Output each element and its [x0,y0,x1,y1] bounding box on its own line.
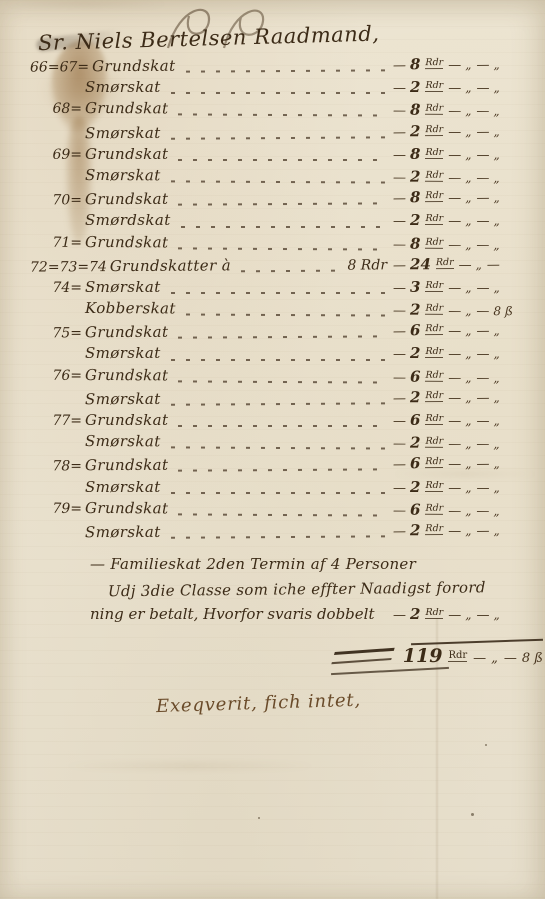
ditto-mark: „ [465,81,471,95]
leader-dash: — [393,58,405,73]
currency-unit: Rdr [425,369,443,381]
amount-value: 6 [410,367,421,385]
leader-dash: — [476,481,488,496]
dotted-leader [171,447,385,450]
ledger-row: 69= Grundskat — 8 Rdr — „ — „ [30,145,545,167]
skilling-value: „ [493,81,499,95]
leader-dash: — [393,370,405,385]
leader-dash: — [448,608,460,623]
row-tax-label: Grundskat [85,456,169,475]
dotted-leader [171,492,385,494]
row-year: 76= [30,367,82,383]
dotted-leader [186,314,385,317]
ditto-mark: „ [465,214,471,228]
leader-dash: — [476,304,488,319]
row-tax-label: Grundskat [85,232,169,250]
ditto-mark: „ [465,504,471,518]
skilling-value: „ [493,191,499,205]
currency-unit: Rdr [448,650,467,662]
row-amount: — 6 Rdr — „ — „ [393,367,545,386]
ledger-rows: 66=67= Grundskat — 8 Rdr — „ — „ Smørska… [30,56,545,544]
total-value: 119 [403,645,443,667]
ledger-row: 72=73=74 Grundskatter à 8 Rdr — 24 Rdr —… [30,254,545,279]
row-tax-label: Smørskat [85,523,161,541]
leader-dash: — [448,148,460,163]
leader-dash: — [393,391,405,406]
row-tax-label: Grundskat [85,145,168,163]
ledger-row: 78= Grundskat — 6 Rdr — „ — „ [30,454,545,479]
currency-unit: Rdr [425,523,443,535]
skilling-value: „ [493,414,499,428]
currency-unit: Rdr [425,323,443,335]
leader-dash: — [393,347,405,362]
row-amount: — 2 Rdr — „ — „ [393,121,545,140]
skilling-value: „ [493,457,499,471]
leader-dash: — [448,214,460,229]
leader-dash: — [448,304,460,319]
ditto-mark: „ [465,281,471,295]
leader-dash: — [448,125,460,140]
amount-value: 24 [410,255,431,273]
leader-dash: — [448,324,460,339]
amount-value: 8 [410,234,421,252]
row-tax-label: Grundskatter à [110,256,231,275]
ditto-mark: „ [465,457,471,471]
leader-dash: — [476,124,488,139]
leader-dash: — [476,524,488,539]
dotted-leader [178,513,385,516]
paper-speck [471,813,474,816]
row-tax-label: Grundskat [85,323,169,342]
currency-unit: Rdr [425,436,443,448]
amount-value: 2 [410,478,420,496]
currency-unit: Rdr [425,456,443,468]
amount-value: 2 [410,605,420,623]
dotted-leader [178,336,385,339]
paper-speck [485,744,487,746]
dotted-leader [178,247,385,250]
row-tax-label: Grundskat [85,366,169,384]
skilling-value: „ [493,524,499,538]
currency-unit: Rdr [425,502,443,514]
ditto-mark: „ [465,304,471,318]
leader-dash: — [393,81,405,96]
row-year: 69= [30,147,82,163]
row-amount: — 6 Rdr — „ — „ [393,454,545,473]
amount-value: 2 [410,344,420,362]
leader-dash: — [473,651,485,666]
leader-dash: — [476,371,488,386]
row-tax-label: Smørskat [85,390,161,408]
ditto-mark: „ [465,124,471,138]
leader-dash: — [476,104,488,119]
row-tax-label: Grundskat [85,190,169,209]
amount-value: 8 [410,188,421,206]
row-tax-label: Grundskat [85,411,168,429]
ledger-row: Smørskat — 2 Rdr — „ — „ [30,520,545,545]
skilling-value: „ [493,324,499,338]
leader-dash: — [448,104,460,119]
row-amount: — 2 Rdr — „ — „ [393,387,545,406]
leader-dash: — [393,608,405,623]
amount-value: 6 [410,500,421,518]
ditto-mark: „ [465,104,471,118]
ledger-row: Smørdskat — 2 Rdr — „ — „ [30,211,545,233]
leader-dash: — [476,191,488,206]
ditto-mark: „ [465,171,471,185]
leader-dash: — [448,457,460,472]
row-amount: — 2 Rdr — „ — „ [393,211,545,229]
row-year: 66=67= [30,59,89,75]
dotted-leader [171,536,385,539]
row-year: 71= [30,234,82,250]
amount-value: 6 [410,411,420,429]
leader-dash: — [393,325,405,340]
row-amount: — 2 Rdr — „ — „ [393,434,545,453]
currency-unit: Rdr [425,390,443,402]
leader-dash: — [448,481,460,496]
leader-dash: — [448,58,460,73]
skilling-value: „ [493,238,499,252]
ledger-row: 79= Grundskat — 6 Rdr — „ — „ [30,498,545,523]
summary-amount: — 2 Rdr — „ — „ [393,605,545,623]
row-amount: — 6 Rdr — „ — „ [393,500,545,519]
ditto-mark: „ [465,391,471,405]
page-content: Sr. Niels Bertelsen Raadmand, 66=67= Gru… [30,22,545,711]
dotted-leader [171,92,385,94]
dotted-leader [181,226,385,228]
leader-dash: — [393,481,405,496]
row-year: 68= [30,101,82,117]
amount-value: 6 [410,455,421,473]
row-rate: 8 Rdr [347,257,387,273]
ledger-row: 77= Grundskat — 6 Rdr — „ — „ [30,411,545,433]
ledger-row: Smørskat — 2 Rdr — „ — „ [30,166,545,191]
skilling-value: „ [493,437,499,451]
row-tax-label: Grundskat [92,57,176,76]
ditto-mark: „ [465,608,471,622]
ditto-mark: „ [465,481,471,495]
row-year: 72=73=74 [30,259,107,275]
currency-unit: Rdr [425,190,443,202]
leader-dash: — [476,457,488,472]
skilling-value: 8 ß [493,304,513,318]
row-amount: — 2 Rdr — „ — „ [393,167,545,186]
row-tax-label: Smørskat [85,344,161,362]
amount-value: 8 [410,55,421,73]
row-amount: — 8 Rdr — „ — „ [393,54,545,73]
leader-dash: — [476,58,488,73]
amount-value: 8 [410,145,420,163]
row-tax-label: Smørskat [85,78,161,96]
total-block: 119 Rdr — „ — 8 ß [30,641,545,672]
leader-dash: — [448,414,460,429]
total-row: 119 Rdr — „ — 8 ß [30,645,545,667]
ditto-mark: „ [465,58,471,72]
skilling-value: „ [493,214,499,228]
ledger-row: 75= Grundskat — 6 Rdr — „ — „ [30,321,545,346]
row-amount: — 24 Rdr — „ — [393,254,545,273]
leader-dash: — [448,391,460,406]
leader-dash: — [504,651,516,666]
ditto-mark: „ [465,414,471,428]
skilling-value: „ [493,124,499,138]
leader-dash: — [459,258,471,273]
row-year: 77= [30,413,82,429]
row-tax-label: Grundskat [85,499,169,517]
row-amount: — 6 Rdr — „ — „ [393,411,545,429]
row-amount: — 2 Rdr — „ — „ [393,478,545,496]
dotted-leader [241,270,339,273]
dotted-leader [178,114,385,117]
amount-value: 2 [410,388,421,406]
amount-value: 2 [410,521,421,539]
row-amount: — 8 Rdr — „ — „ [393,145,545,163]
leader-dash: — [448,171,460,186]
paper-speck [258,817,260,819]
leader-dash: — [476,171,488,186]
leader-dash: — [476,214,488,229]
leader-dash: — [393,437,405,452]
dotted-leader [186,70,385,73]
leader-dash: — [448,281,460,296]
leader-dash: — [448,504,460,519]
row-tax-label: Smørskat [85,278,161,296]
row-tax-label: Grundskat [85,99,169,117]
ledger-row: 74= Smørskat — 3 Rdr — „ — „ [30,278,545,300]
page-title: Sr. Niels Bertelsen Raadmand, [38,17,545,55]
amount-value: 2 [410,122,421,140]
skilling-value: „ [493,608,499,622]
skilling-value: „ [493,281,499,295]
amount-value: 2 [410,168,421,186]
dotted-leader [171,136,385,139]
row-tax-label: Smørskat [85,478,161,496]
amount-value: 2 [410,78,420,96]
amount-value: 3 [410,278,420,296]
leader-dash: — [448,191,460,206]
skilling-value: „ [493,504,499,518]
leader-dash: — [476,504,488,519]
row-year: 75= [30,326,82,342]
currency-unit: Rdr [425,57,443,69]
leader-dash: — [448,81,460,96]
leader-dash: — [393,104,405,119]
skilling-value: „ [493,171,499,185]
row-year: 74= [30,280,82,296]
execution-note: Exeqverit, fich intet, [156,684,545,717]
dotted-leader [178,159,385,161]
leader-dash: — [393,148,405,163]
ditto-mark: „ [476,258,482,272]
row-tax-label: Smørskat [85,123,161,141]
currency-unit: Rdr [436,257,454,269]
double-dash-icon [331,648,394,664]
dotted-leader [178,203,385,206]
row-amount: — 6 Rdr — „ — „ [393,321,545,340]
leader-dash: — [393,414,405,429]
currency-unit: Rdr [425,413,443,425]
ditto-mark: „ [465,237,471,251]
leader-dash: — [476,81,488,96]
dotted-leader [178,380,385,383]
leader-dash: — [476,347,488,362]
row-amount: — 8 Rdr — „ — „ [393,234,545,253]
row-year: 78= [30,459,82,475]
row-amount: — 8 Rdr — „ — „ [393,101,545,120]
currency-unit: Rdr [425,170,443,182]
showthrough-smudge [0,0,170,8]
currency-unit: Rdr [425,480,443,492]
total-skilling: 8 ß [522,651,543,666]
row-amount: — 8 Rdr — „ — „ [393,188,545,207]
skilling-value: „ [493,58,499,72]
summary-note: — Familieskat 2den Termin af 4 Personer … [90,552,545,627]
currency-unit: Rdr [425,213,443,225]
row-amount: — 2 Rdr — „ — „ [393,520,545,539]
currency-unit: Rdr [425,236,443,248]
leader-dash: — [393,191,405,206]
leader-dash: — [448,437,460,452]
leader-dash: — [393,304,405,319]
ditto-mark: „ [491,651,498,666]
row-tax-label: Smørskat [85,166,161,184]
ledger-row: Smørskat — 2 Rdr — „ — „ [30,478,545,500]
ledger-row: Smørskat — 2 Rdr — „ — „ [30,121,545,146]
row-amount: — 3 Rdr — „ — „ [393,278,545,296]
currency-unit: Rdr [425,124,443,136]
currency-unit: Rdr [425,147,443,159]
leader-dash: — [448,524,460,539]
row-year: 70= [30,192,82,208]
leader-dash: — [393,524,405,539]
skilling-value: „ [493,391,499,405]
manuscript-page: Sr. Niels Bertelsen Raadmand, 66=67= Gru… [0,0,545,899]
amount-value: 8 [410,101,421,119]
ditto-mark: „ [465,191,471,205]
ledger-row: 66=67= Grundskat — 8 Rdr — „ — „ [30,54,545,79]
leader-dash: — [448,347,460,362]
ledger-row: Smørskat — 2 Rdr — „ — „ [30,387,545,412]
leader-dash: — [476,391,488,406]
skilling-value: „ [493,371,499,385]
row-amount: — 2 Rdr — „ — 8 ß [393,301,545,320]
ledger-row: Kobberskat — 2 Rdr — „ — 8 ß [30,299,545,324]
leader-dash: — [393,237,405,252]
dotted-leader [171,181,385,184]
amount-value: 2 [410,301,421,319]
leader-dash: — [487,257,499,272]
leader-dash: — [476,414,488,429]
currency-unit: Rdr [425,103,443,115]
leader-dash: — [393,281,405,296]
skilling-value: „ [493,481,499,495]
skilling-value: „ [493,347,499,361]
skilling-value: „ [493,104,499,118]
amount-value: 6 [410,321,421,339]
currency-unit: Rdr [425,346,443,358]
amount-value: 2 [410,211,420,229]
total-underline [331,667,449,675]
ledger-row: 71= Grundskat — 8 Rdr — „ — „ [30,232,545,257]
row-tax-label: Smørdskat [85,211,171,229]
ledger-row: 68= Grundskat — 8 Rdr — „ — „ [30,99,545,124]
leader-dash: — [476,281,488,296]
ledger-row: 70= Grundskat — 8 Rdr — „ — „ [30,188,545,213]
leader-dash: — [393,503,405,518]
summary-line: — Familieskat 2den Termin af 4 Personer [90,552,545,577]
ledger-row: 76= Grundskat — 6 Rdr — „ — „ [30,365,545,390]
ditto-mark: „ [465,524,471,538]
ditto-mark: „ [465,347,471,361]
summary-line: ning er betalt, Hvorfor svaris dobbelt [90,602,374,627]
leader-dash: — [393,125,405,140]
dotted-leader [178,469,385,472]
summary-line: Udj 3die Classe som iche effter Naadigst… [108,575,545,605]
dotted-leader [171,402,385,405]
leader-dash: — [476,608,488,623]
leader-dash: — [476,237,488,252]
ditto-mark: „ [465,437,471,451]
leader-dash: — [476,324,488,339]
row-year: 79= [30,500,82,516]
ditto-mark: „ [465,148,471,162]
leader-dash: — [393,258,405,273]
showthrough-smudge [60,762,320,770]
currency-unit: Rdr [425,303,443,315]
leader-dash: — [476,148,488,163]
leader-dash: — [393,214,405,229]
leader-dash: — [393,458,405,473]
ditto-mark: „ [465,371,471,385]
ditto-mark: „ [465,324,471,338]
row-tax-label: Smørskat [85,432,161,450]
ledger-row: Smørskat — 2 Rdr — „ — „ [30,78,545,100]
row-amount: — 2 Rdr — „ — „ [393,344,545,362]
skilling-value: „ [493,148,499,162]
summary-line-with-amount: ning er betalt, Hvorfor svaris dobbelt —… [90,602,545,627]
currency-unit: Rdr [425,607,443,619]
leader-dash: — [448,370,460,385]
currency-unit: Rdr [425,280,443,292]
leader-dash: — [393,170,405,185]
leader-dash: — [476,437,488,452]
dotted-leader [178,425,385,427]
dotted-leader [171,359,385,361]
currency-unit: Rdr [425,80,443,92]
row-tax-label: Kobberskat [85,299,176,317]
ledger-row: Smørskat — 2 Rdr — „ — „ [30,344,545,366]
leader-dash: — [448,237,460,252]
row-amount: — 2 Rdr — „ — „ [393,78,545,96]
amount-value: 2 [410,434,421,452]
dotted-leader [171,292,385,294]
